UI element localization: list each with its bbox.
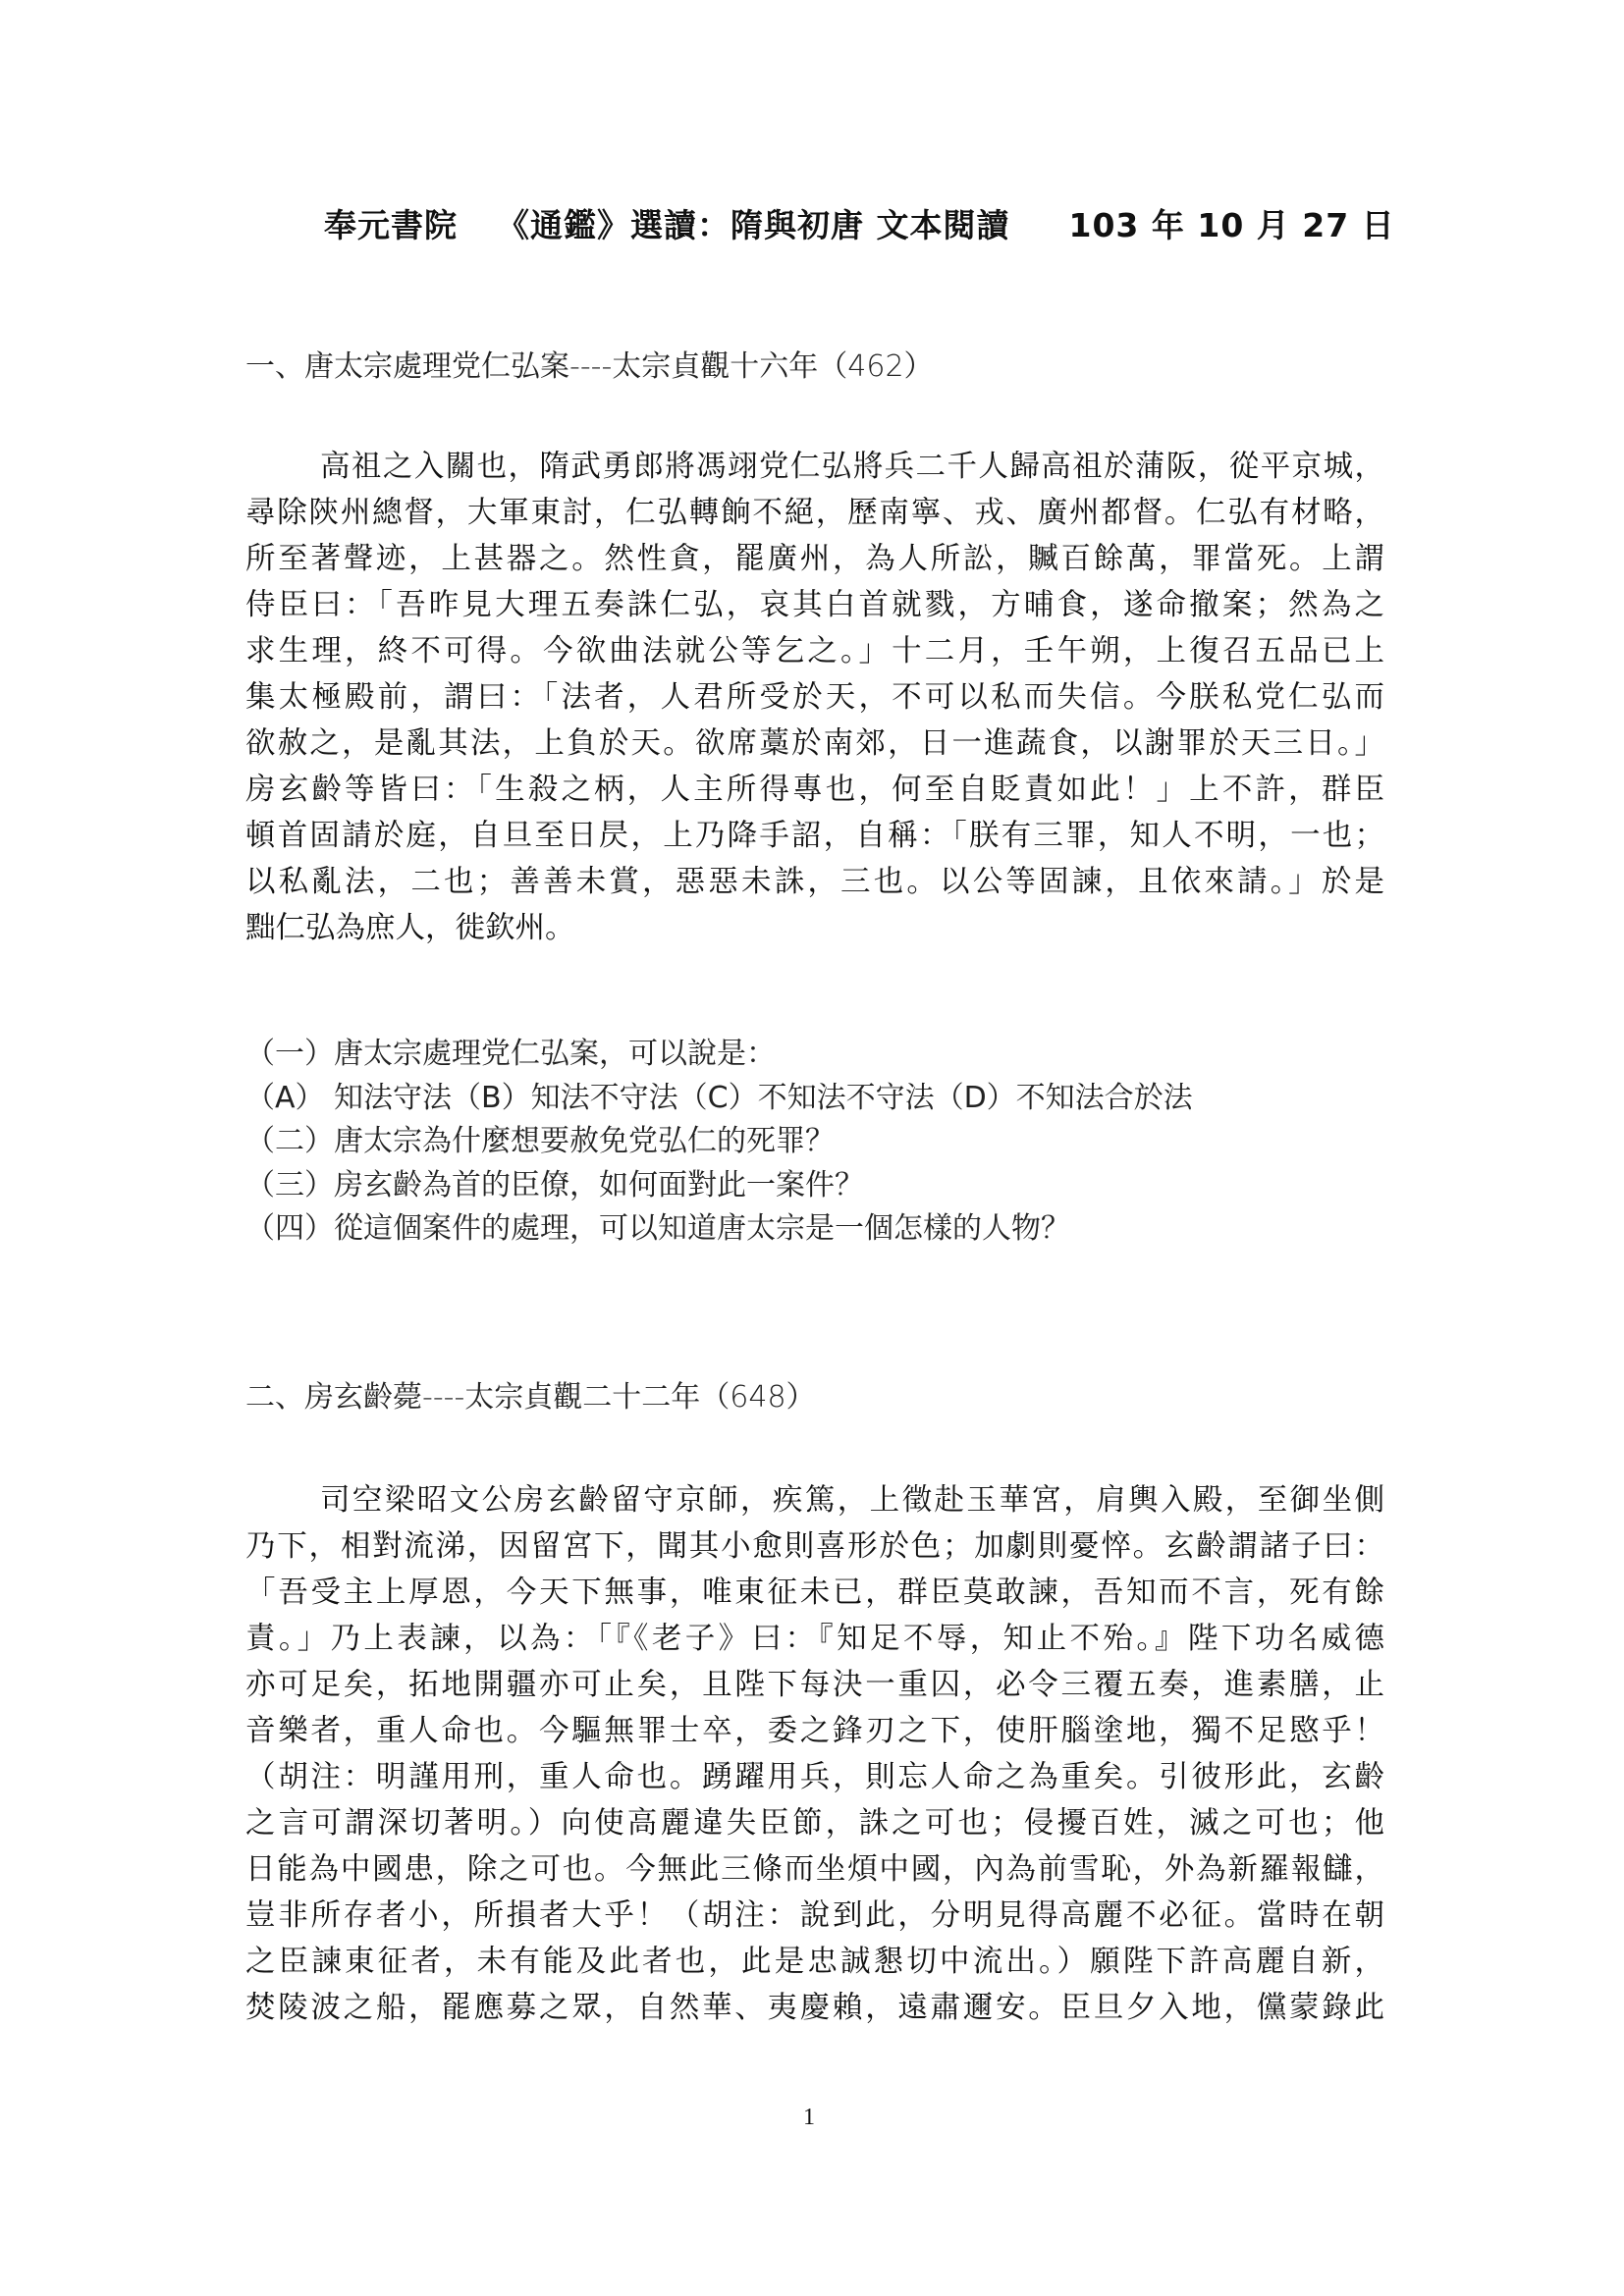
passage-line: 日能為中國患，除之可也。今無此三條而坐煩中國，內為前雪恥，外為新羅報讎，: [245, 1846, 1384, 1893]
passage-line: 欲赦之，是亂其法，上負於天。欲席藁於南郊，日一進蔬食，以謝罪於天三日。」: [245, 721, 1384, 767]
passage-line: 集太極殿前，謂曰：「法者，人君所受於天，不可以私而失信。今朕私党仁弘而: [245, 674, 1384, 721]
document-page: 奉元書院《通鑑》選讀：隋與初唐 文本閱讀103 年 10 月 27 日 一、唐太…: [0, 0, 1624, 2296]
passage-line: 之言可謂深切著明。）向使高麗違失臣節，誅之可也；侵擾百姓，滅之可也；他: [245, 1800, 1384, 1846]
section-1-passage: 高祖之入關也，隋武勇郎將馮翊党仁弘將兵二千人歸高祖於蒲阪，從平京城， 尋除陝州總…: [245, 444, 1384, 951]
question-4: （四）從這個案件的處理，可以知道唐太宗是一個怎樣的人物？: [245, 1207, 1404, 1252]
passage-line: 司空梁昭文公房玄齡留守京師，疾篤，上徵赴玉華宮，肩輿入殿，至御坐側: [245, 1477, 1384, 1523]
passage-line: 之臣諫東征者，未有能及此者也，此是忠誠懇切中流出。）願陛下許高麗自新，: [245, 1939, 1384, 1985]
passage-line: 亦可足矣，拓地開疆亦可止矣，且陛下每決一重囚，必令三覆五奏，進素膳，止: [245, 1662, 1384, 1708]
document-title: 奉元書院《通鑑》選讀：隋與初唐 文本閱讀103 年 10 月 27 日: [324, 200, 1355, 246]
question-3: （三）房玄齡為首的臣僚，如何面對此一案件？: [245, 1164, 1404, 1208]
passage-line: 所至著聲迹，上甚器之。然性貪，罷廣州，為人所訟，贓百餘萬，罪當死。上謂: [245, 536, 1384, 582]
course-title: 《通鑑》選讀：隋與初唐 文本閱讀: [497, 206, 1010, 244]
passage-line: 求生理，終不可得。今欲曲法就公等乞之。」十二月，壬午朔，上復召五品已上: [245, 628, 1384, 674]
document-date: 103 年 10 月 27 日: [1069, 206, 1395, 244]
question-2: （二）唐太宗為什麼想要赦免党弘仁的死罪？: [245, 1120, 1404, 1164]
passage-line: 「吾受主上厚恩，今天下無事，唯東征未已，群臣莫敢諫，吾知而不言，死有餘: [245, 1570, 1384, 1616]
passage-line: （胡注：明謹用刑，重人命也。踴躍用兵，則忘人命之為重矣。引彼形此，玄齡: [245, 1754, 1384, 1800]
passage-line: 責。」乃上表諫，以為：「『《老子》曰：『知足不辱，知止不殆。』陛下功名威德: [245, 1616, 1384, 1662]
passage-line: 房玄齡等皆曰：「生殺之柄，人主所得專也，何至自貶責如此！」上不許，群臣: [245, 767, 1384, 813]
passage-line: 侍臣曰：「吾昨見大理五奏誅仁弘，哀其白首就戮，方晡食，遂命撤案；然為之: [245, 582, 1384, 628]
page-number: 1: [803, 2105, 815, 2131]
question-1: （一）唐太宗處理党仁弘案，可以說是：: [245, 1033, 1404, 1077]
section-1-heading: 一、唐太宗處理党仁弘案----太宗貞觀十六年（462）: [245, 342, 934, 385]
passage-line: 頓首固請於庭，自旦至日昃，上乃降手詔，自稱：「朕有三罪，知人不明，一也；: [245, 813, 1384, 859]
passage-line: 豈非所存者小，所損者大乎！（胡注：說到此，分明見得高麗不必征。當時在朝: [245, 1893, 1384, 1939]
section-2-heading: 二、房玄齡薨----太宗貞觀二十二年（648）: [245, 1372, 816, 1415]
school-name: 奉元書院: [324, 206, 458, 244]
section-2-passage: 司空梁昭文公房玄齡留守京師，疾篤，上徵赴玉華宮，肩輿入殿，至御坐側 乃下，相對流…: [245, 1477, 1384, 2031]
passage-line: 焚陵波之船，罷應募之眾，自然華、夷慶賴，遠肅邇安。臣旦夕入地，儻蒙錄此: [245, 1985, 1384, 2031]
passage-line: 音樂者，重人命也。今驅無罪士卒，委之鋒刃之下，使肝腦塗地，獨不足愍乎！: [245, 1708, 1384, 1754]
passage-line: 高祖之入關也，隋武勇郎將馮翊党仁弘將兵二千人歸高祖於蒲阪，從平京城，: [245, 444, 1384, 490]
passage-line: 乃下，相對流涕，因留宮下，聞其小愈則喜形於色；加劇則憂悴。玄齡謂諸子曰：: [245, 1523, 1384, 1570]
passage-line: 以私亂法，二也；善善未賞，惡惡未誅，三也。以公等固諫，且依來請。」於是: [245, 859, 1384, 905]
question-1-options: （A） 知法守法（B）知法不守法（C）不知法不守法（D）不知法合於法: [245, 1077, 1404, 1121]
passage-line: 黜仁弘為庶人，徙欽州。: [245, 905, 1384, 951]
passage-line: 尋除陝州總督，大軍東討，仁弘轉餉不絕，歷南寧、戎、廣州都督。仁弘有材略，: [245, 490, 1384, 536]
section-1-questions: （一）唐太宗處理党仁弘案，可以說是： （A） 知法守法（B）知法不守法（C）不知…: [245, 1033, 1404, 1252]
